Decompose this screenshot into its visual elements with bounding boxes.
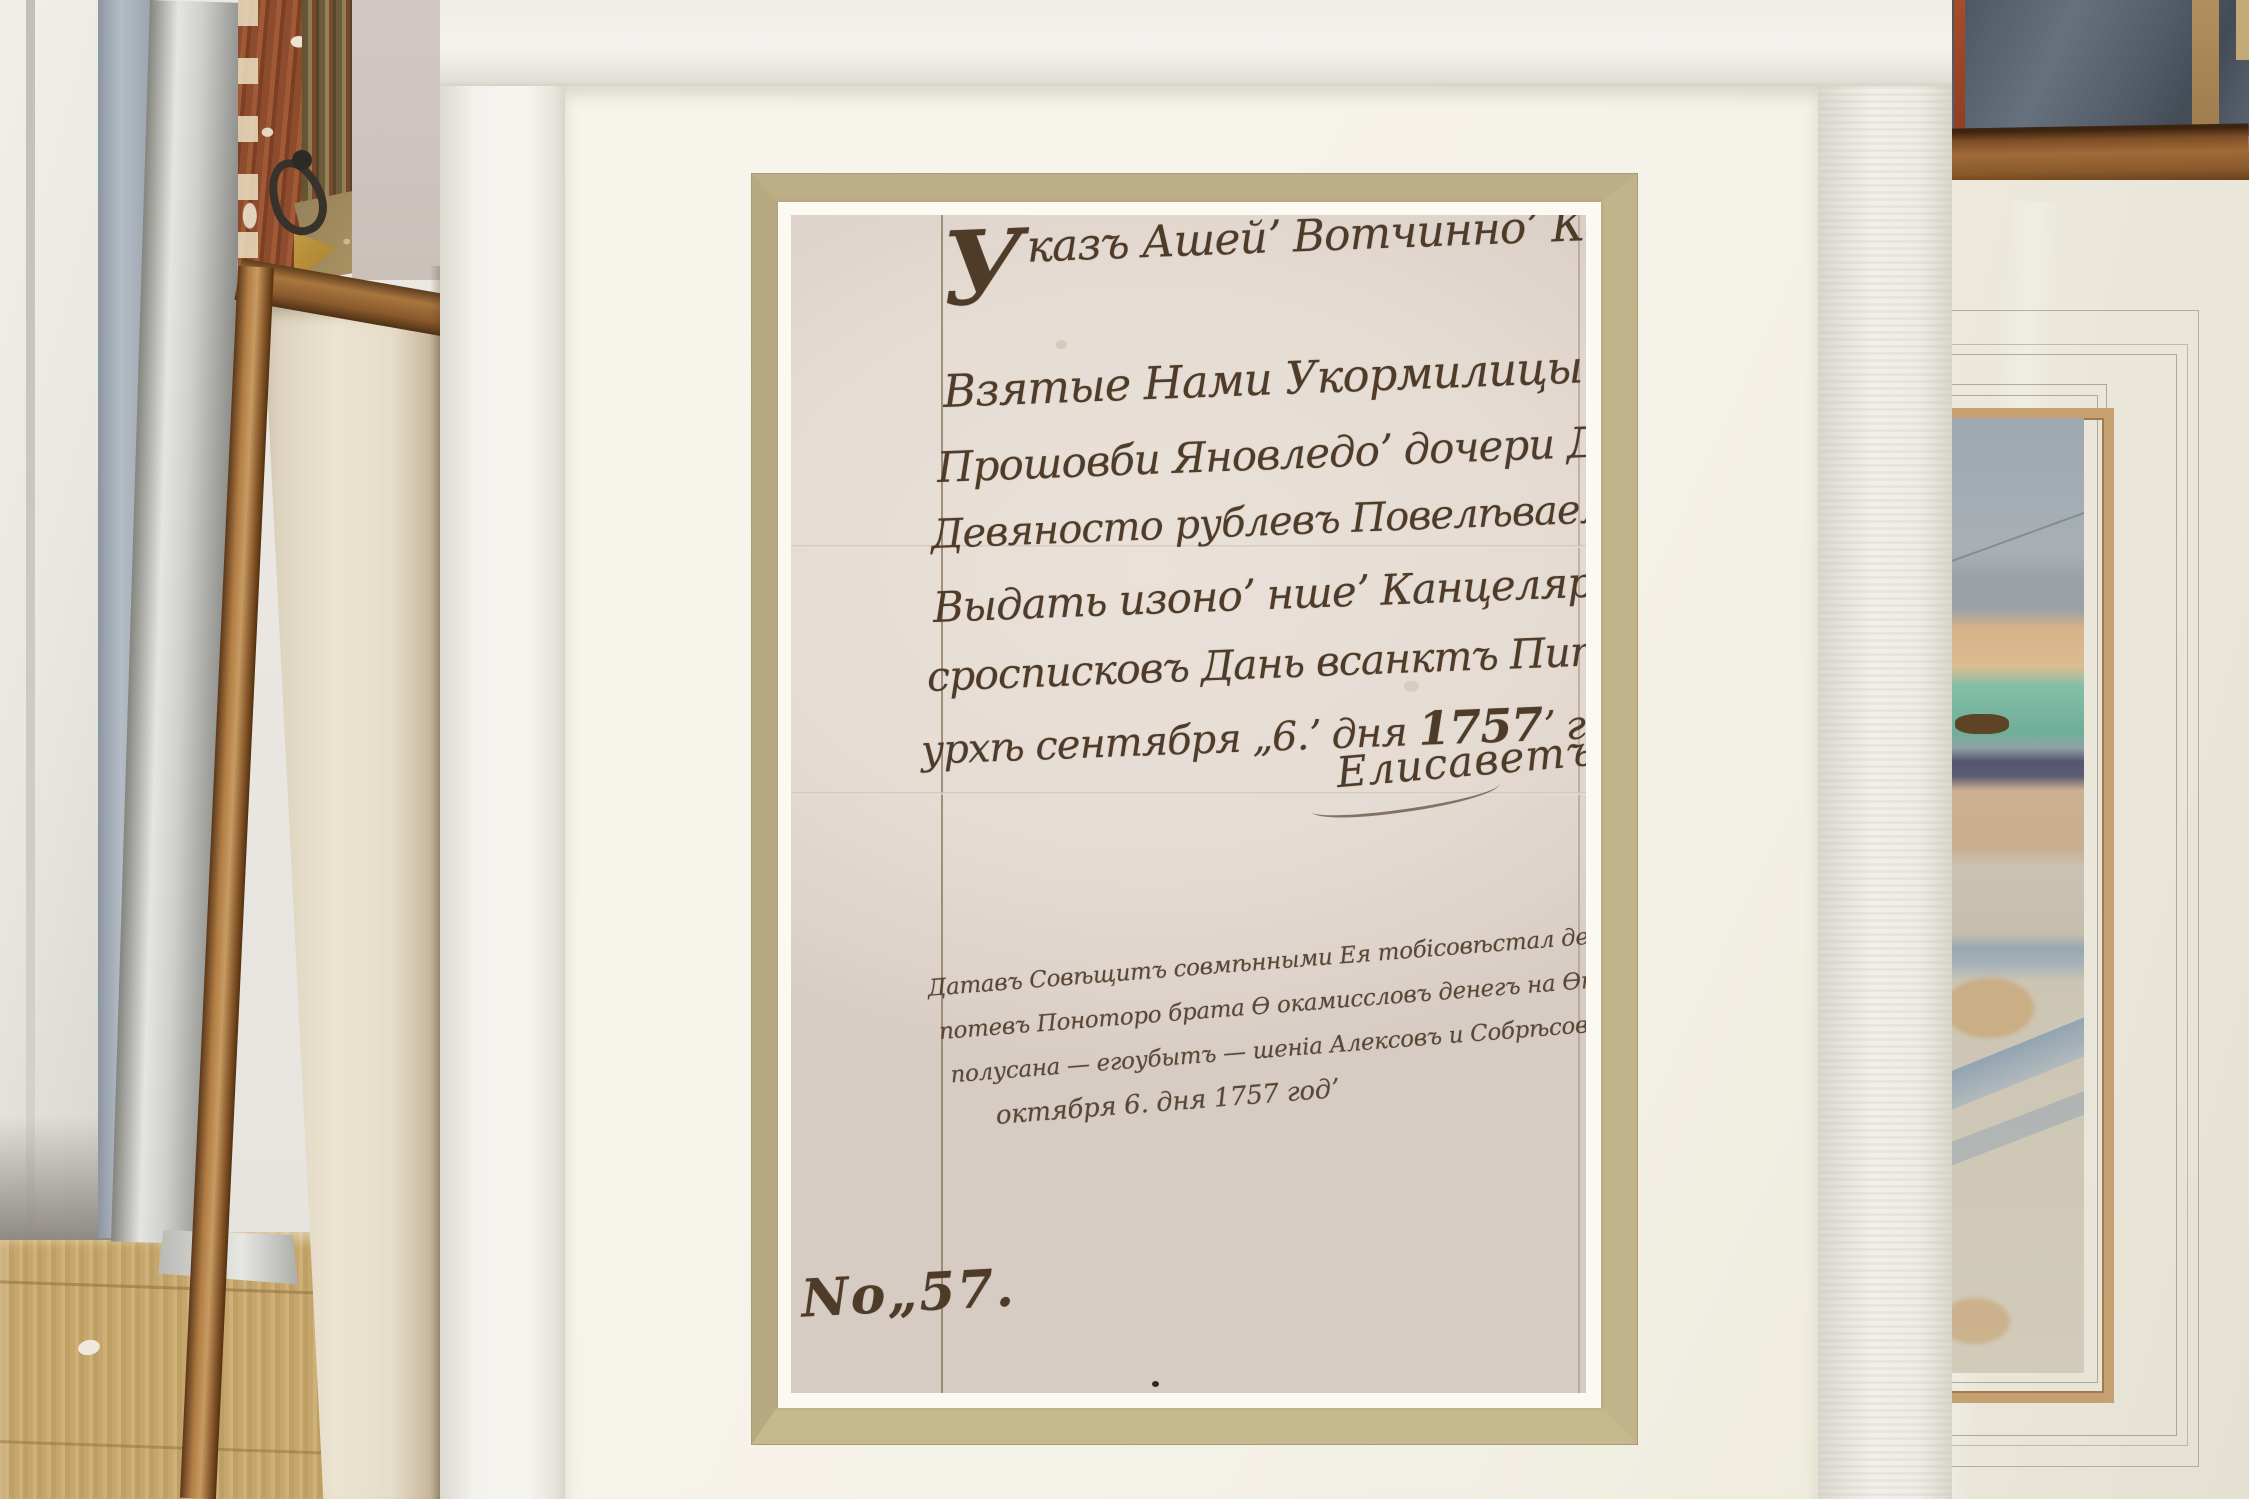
heading-line-1-text: казъ Ашейʼ Вотчинноʼ Канцеляріи — [1026, 215, 1586, 273]
clerical-annotation-block: Датавъ Совѣщитъ совмѣнными Ея тобісовѣст… — [926, 903, 1586, 1142]
d-ring-screw — [292, 150, 312, 170]
wall-sliver — [352, 0, 450, 280]
heading-line-1: Указъ Ашейʼ Вотчинноʼ Канцеляріи — [940, 215, 1586, 276]
oak-frame-top-bar — [1949, 123, 2249, 188]
tan-strip-in-glass — [2192, 0, 2219, 133]
heading-line-6: сросписковъ Дань всанктъ Питерб — [926, 624, 1586, 701]
heading-line-3: Прошовби Яновледоʼ дочери Денги — [936, 414, 1586, 492]
white-door-edge — [0, 0, 100, 1240]
heading-line-5: Выдать изоноʼ ншеʼ Канцеляріиʼ — [932, 556, 1586, 632]
watercolour-beach-scene — [1932, 418, 2084, 1373]
boat-shape — [1955, 714, 2009, 734]
door-bottom-shadow — [0, 1116, 112, 1240]
rigging-line — [1942, 509, 2084, 566]
white-frame-top-moulding — [440, 0, 1952, 88]
ink-speck — [1152, 1381, 1159, 1387]
wall-corner-sliver — [2236, 0, 2249, 60]
document-number-label: No„57. — [800, 1257, 1017, 1329]
manuscript-page: Указъ Ашейʼ Вотчинноʼ Канцеляріи Взятые … — [791, 215, 1586, 1393]
sand-patch — [1944, 978, 2034, 1038]
heading-line-2: Взятые Нами Укормилицы ншеʼ — [942, 336, 1586, 418]
white-frame-right-moulding — [1818, 86, 1952, 1499]
white-frame-left-moulding — [440, 86, 566, 1499]
door-seam — [26, 0, 35, 1232]
red-frame-sliver — [1954, 0, 1965, 136]
photo-of-framed-manuscript: Указъ Ашейʼ Вотчинноʼ Канцеляріи Взятые … — [0, 0, 2249, 1499]
flourished-initial: У — [939, 215, 1025, 330]
